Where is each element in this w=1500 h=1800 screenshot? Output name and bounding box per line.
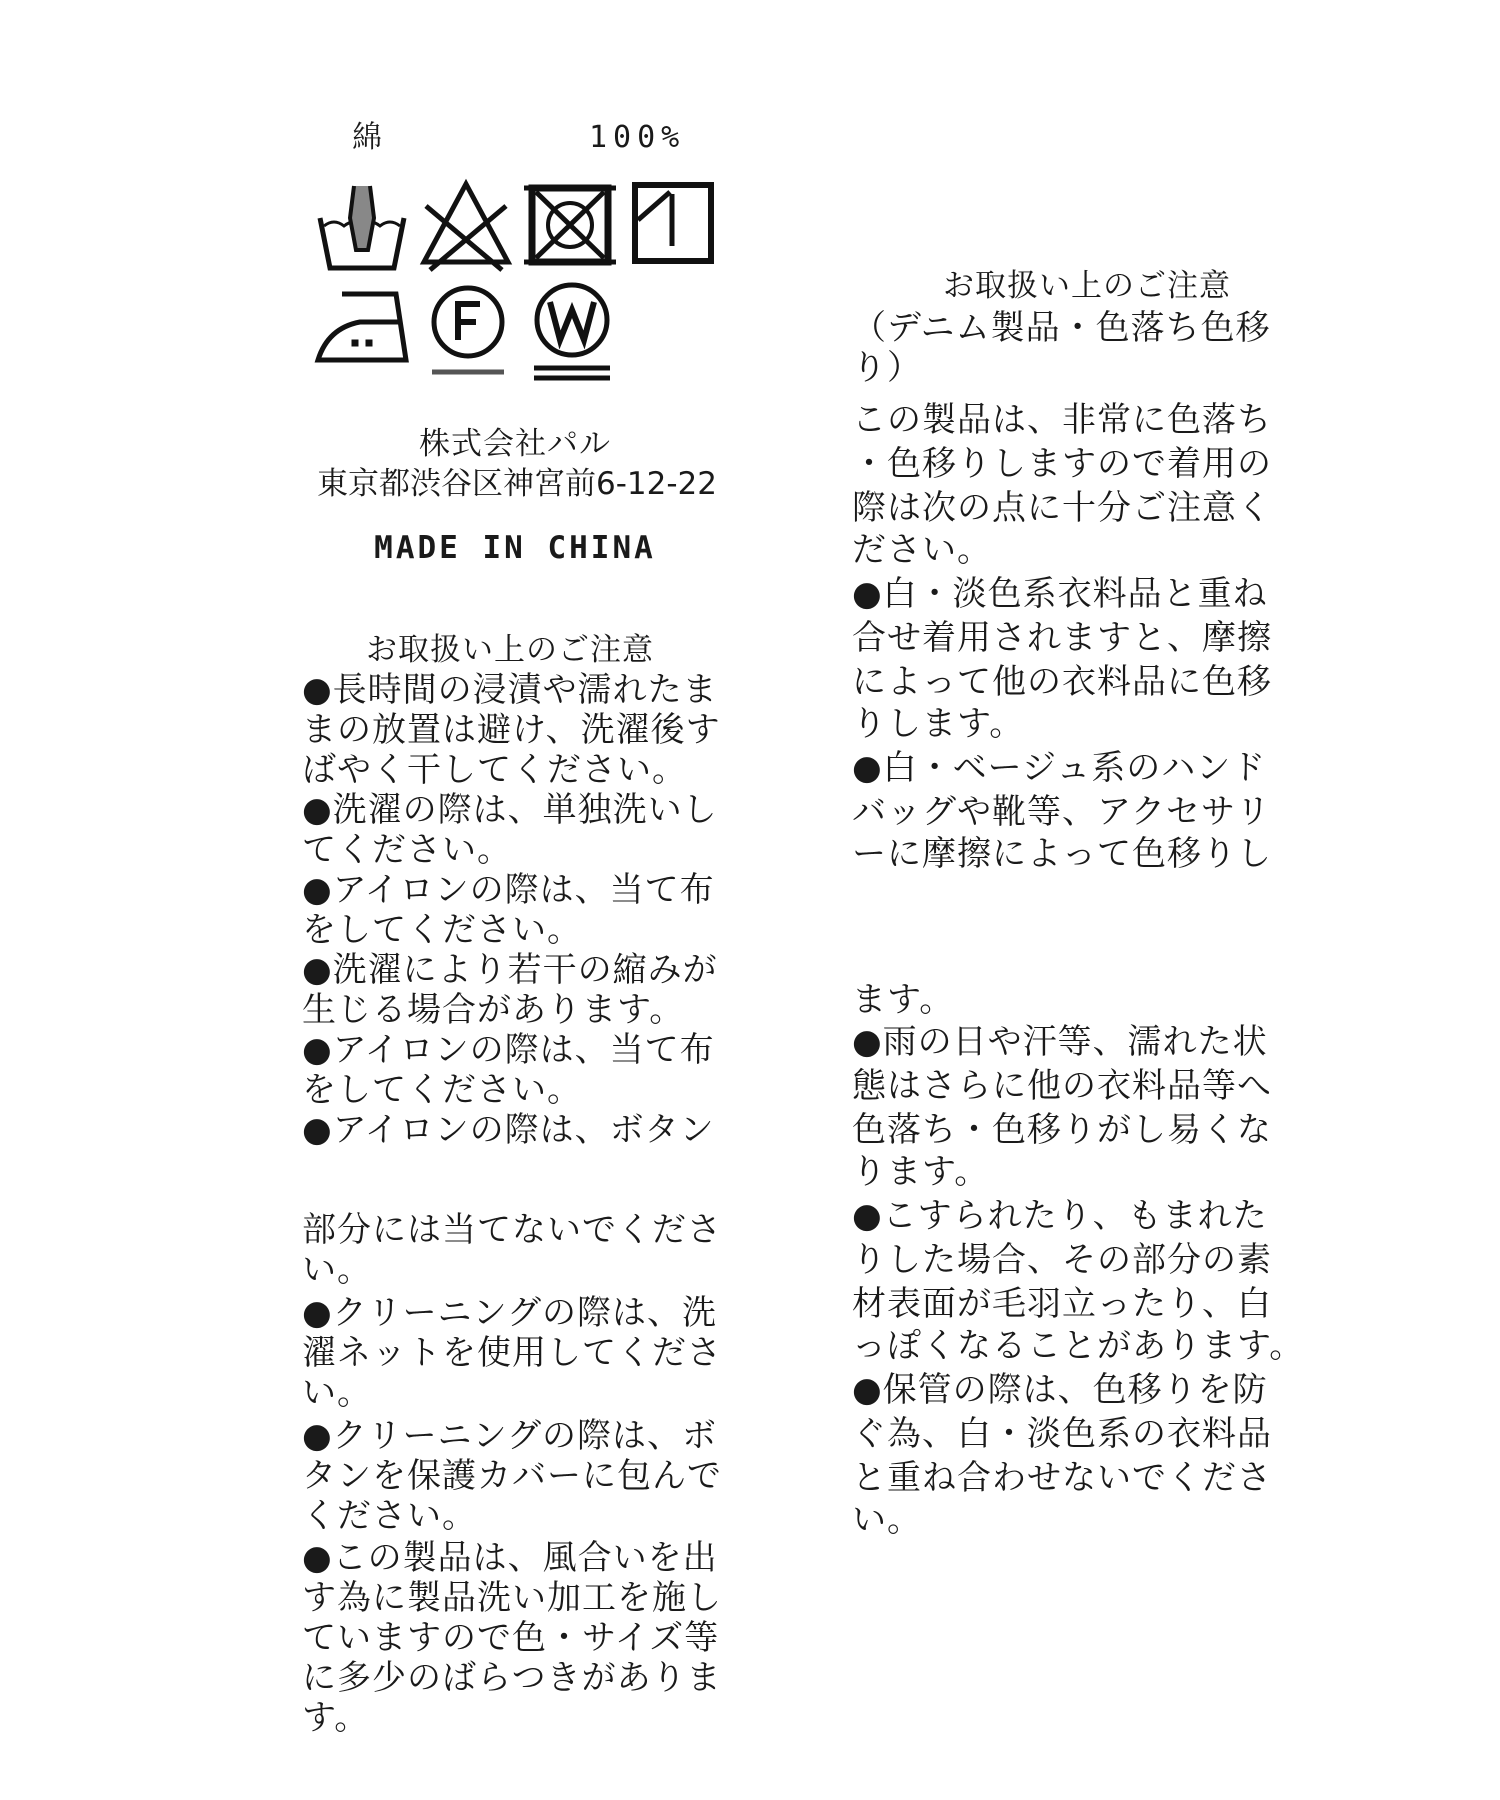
note-line: ●雨の日や汗等、濡れた状 — [852, 1022, 1268, 1062]
note-line: この製品は、非常に色落ち — [852, 400, 1272, 440]
note-line: 色落ち・色移りがし易くな — [852, 1110, 1272, 1150]
fiber-percent: 100% — [589, 118, 685, 158]
wet-clean-w-icon — [530, 280, 614, 384]
note-line: りした場合、その部分の素 — [852, 1240, 1272, 1280]
note-line: ●クリーニングの際は、ボ — [302, 1416, 717, 1456]
note-line: ●洗濯により若干の縮みが — [302, 950, 718, 990]
note-line: に多少のばらつきがありま — [302, 1658, 722, 1698]
line-dry-shade-icon — [630, 180, 716, 268]
note-line: タンを保護カバーに包んで — [302, 1456, 722, 1496]
care-label: 綿 100% 株式会社パル 東京都渋谷区神宮前6-12-22 MA — [0, 0, 1500, 1800]
no-tumble-dry-icon — [522, 180, 618, 270]
note-line: ●アイロンの際は、当て布 — [302, 870, 715, 910]
company-name: 株式会社パル — [300, 424, 730, 464]
note-line: ●アイロンの際は、ボタン — [302, 1110, 715, 1150]
hand-wash-icon — [314, 178, 410, 273]
country-of-origin: MADE IN CHINA — [300, 528, 730, 568]
note-line: てください。 — [302, 830, 512, 870]
fiber-material: 綿 — [352, 118, 383, 158]
note-line: り） — [852, 348, 922, 388]
note-line: ーに摩擦によって色移りし — [852, 834, 1272, 874]
note-line: 態はさらに他の衣料品等へ — [852, 1066, 1272, 1106]
note-line: ていますので色・サイズ等 — [302, 1618, 719, 1658]
note-line: ・色移りしますので着用の — [852, 444, 1272, 484]
note-line: い。 — [302, 1250, 372, 1290]
note-line: ださい。 — [852, 530, 992, 570]
no-bleach-icon — [418, 178, 514, 273]
note-line: ばやく干してください。 — [302, 750, 687, 790]
iron-medium-icon — [314, 288, 412, 368]
dry-clean-f-icon — [426, 284, 510, 380]
right-notes-heading: お取扱い上のご注意 — [862, 266, 1312, 306]
note-line: 生じる場合があります。 — [302, 990, 684, 1030]
note-line: っぽくなることがあります。 — [852, 1326, 1304, 1366]
note-line: ぐ為、白・淡色系の衣料品 — [852, 1414, 1272, 1454]
note-line: 濯ネットを使用してくださ — [302, 1333, 722, 1373]
note-line: をしてください。 — [302, 910, 582, 950]
note-line: ●こすられたり、もまれた — [852, 1196, 1268, 1236]
note-line: と重ね合わせないでくださ — [852, 1458, 1272, 1498]
note-line: い。 — [302, 1373, 372, 1413]
note-line: ります。 — [852, 1152, 989, 1192]
note-line: バッグや靴等、アクセサリ — [852, 792, 1271, 832]
note-line: 際は次の点に十分ご注意く — [852, 488, 1272, 528]
note-line: ます。 — [852, 980, 954, 1020]
note-line: ●クリーニングの際は、洗 — [302, 1293, 717, 1333]
note-line: 合せ着用されますと、摩擦 — [852, 618, 1272, 658]
note-line: 部分には当てないでくださ — [302, 1210, 722, 1250]
note-line: ●洗濯の際は、単独洗いし — [302, 790, 718, 830]
note-line: ●長時間の浸漬や濡れたま — [302, 670, 718, 710]
note-line: ください。 — [302, 1496, 477, 1536]
company-address: 東京都渋谷区神宮前6-12-22 — [292, 464, 742, 504]
note-line: す為に製品洗い加工を施し — [302, 1578, 722, 1618]
note-line: りします。 — [852, 704, 1024, 744]
note-line: ●白・ベージュ系のハンド — [852, 748, 1266, 788]
note-line: ●この製品は、風合いを出 — [302, 1538, 718, 1578]
note-line: ●保管の際は、色移りを防 — [852, 1370, 1268, 1410]
note-line: まの放置は避け、洗濯後す — [302, 710, 721, 750]
note-line: ●白・淡色系衣料品と重ね — [852, 574, 1268, 614]
note-line: ●アイロンの際は、当て布 — [302, 1030, 715, 1070]
note-line: （デニム製品・色落ち色移 — [852, 308, 1271, 348]
note-line: す。 — [302, 1698, 369, 1738]
note-line: によって他の衣料品に色移 — [852, 662, 1272, 702]
left-notes-heading: お取扱い上のご注意 — [300, 630, 720, 670]
note-line: 材表面が毛羽立ったり、白 — [852, 1284, 1272, 1324]
note-line: をしてください。 — [302, 1070, 582, 1110]
note-line: い。 — [852, 1500, 922, 1540]
